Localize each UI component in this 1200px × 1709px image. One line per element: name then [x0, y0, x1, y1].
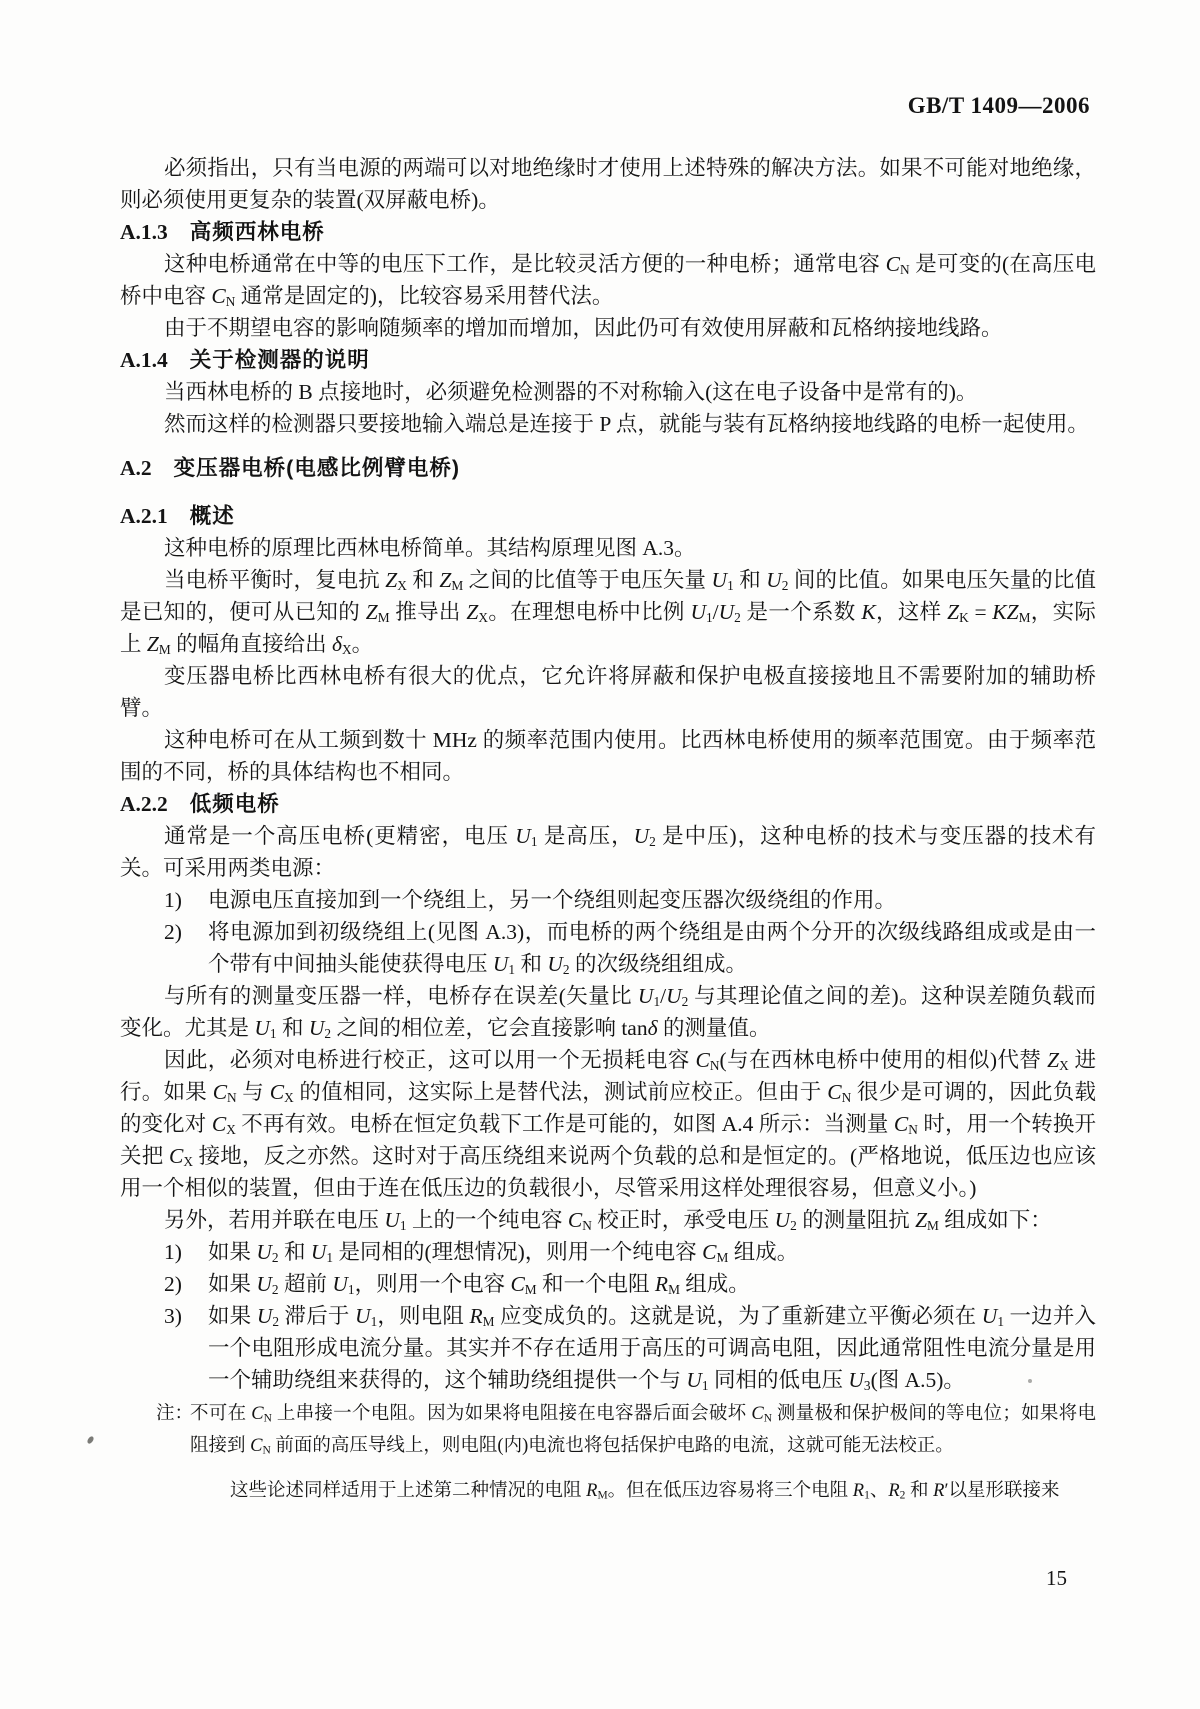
clause-title: 概述 [190, 504, 235, 528]
clause-title: 低频电桥 [190, 792, 280, 816]
list-item: 3)如果 U2 滞后于 U1，则电阻 RM 应变成负的。这就是说，为了重新建立平… [120, 1300, 1096, 1396]
list-item: 2)如果 U2 超前 U1，则用一个电容 CM 和一个电阻 RM 组成。 [120, 1268, 1096, 1300]
clause-number: A.2.1 [120, 504, 168, 528]
scan-speck [86, 1435, 95, 1444]
list-marker: 1) [164, 1236, 182, 1268]
clause-heading-a21: A.2.1概述 [120, 500, 1096, 532]
list-marker: 2) [164, 1268, 182, 1300]
paragraph: 这种电桥通常在中等的电压下工作，是比较灵活方便的一种电桥；通常电容 CN 是可变… [120, 248, 1096, 312]
page-number: 15 [1046, 1566, 1067, 1591]
standard-number: GB/T 1409—2006 [908, 93, 1090, 119]
paragraph: 由于不期望电容的影响随频率的增加而增加，因此仍可有效使用屏蔽和瓦格纳接地线路。 [120, 312, 1096, 344]
list-item-text: 电源电压直接加到一个绕组上，另一个绕组则起变压器次级绕组的作用。 [208, 888, 896, 912]
paragraph: 这种电桥的原理比西林电桥简单。其结构原理见图 A.3。 [120, 532, 1096, 564]
list-marker: 3) [164, 1300, 182, 1332]
list-item: 2)将电源加到初级绕组上(见图 A.3)，而电桥的两个绕组是由两个分开的次级线路… [120, 916, 1096, 980]
list-marker: 2) [164, 916, 182, 948]
note-marker: 注： [156, 1398, 193, 1430]
list-item-text: 如果 U2 滞后于 U1，则电阻 RM 应变成负的。这就是说，为了重新建立平衡必… [208, 1304, 1096, 1392]
paragraph: 这种电桥可在从工频到数十 MHz 的频率范围内使用。比西林电桥使用的频率范围宽。… [120, 724, 1096, 788]
note-continuation: 这些论述同样适用于上述第二种情况的电阻 RM。但在低压边容易将三个电阻 R1、R… [120, 1475, 1096, 1507]
clause-heading-a2: A.2变压器电桥(电感比例臂电桥) [120, 452, 1096, 484]
clause-title: 关于检测器的说明 [190, 348, 370, 372]
document-page: GB/T 1409—2006 必须指出，只有当电源的两端可以对地绝缘时才使用上述… [0, 0, 1200, 1709]
list-item-text: 如果 U2 和 U1 是同相的(理想情况)，则用一个纯电容 CM 组成。 [208, 1240, 798, 1264]
clause-heading-a14: A.1.4关于检测器的说明 [120, 344, 1096, 376]
list-item: 1)如果 U2 和 U1 是同相的(理想情况)，则用一个纯电容 CM 组成。 [120, 1236, 1096, 1268]
paragraph: 通常是一个高压电桥(更精密，电压 U1 是高压，U2 是中压)，这种电桥的技术与… [120, 820, 1096, 884]
clause-title: 高频西林电桥 [190, 220, 325, 244]
list-item-text: 将电源加到初级绕组上(见图 A.3)，而电桥的两个绕组是由两个分开的次级线路组成… [208, 920, 1096, 976]
paragraph: 变压器电桥比西林电桥有很大的优点，它允许将屏蔽和保护电极直接接地且不需要附加的辅… [120, 660, 1096, 724]
paragraph: 当西林电桥的 B 点接地时，必须避免检测器的不对称输入(这在电子设备中是常有的)… [120, 376, 1096, 408]
paragraph: 然而这样的检测器只要接地输入端总是连接于 P 点，就能与装有瓦格纳接地线路的电桥… [120, 408, 1096, 440]
clause-heading-a22: A.2.2低频电桥 [120, 788, 1096, 820]
note-text: 不可在 CN 上串接一个电阻。因为如果将电阻接在电容器后面会破坏 CN 测量极和… [190, 1404, 1096, 1456]
paragraph: 与所有的测量变压器一样，电桥存在误差(矢量比 U1/U2 与其理论值之间的差)。… [120, 980, 1096, 1044]
note: 注：不可在 CN 上串接一个电阻。因为如果将电阻接在电容器后面会破坏 CN 测量… [120, 1398, 1096, 1462]
paragraph: 必须指出，只有当电源的两端可以对地绝缘时才使用上述特殊的解决方法。如果不可能对地… [120, 152, 1096, 216]
scan-speck [1028, 1379, 1032, 1383]
list-item-text: 如果 U2 超前 U1，则用一个电容 CM 和一个电阻 RM 组成。 [208, 1272, 750, 1296]
clause-number: A.1.4 [120, 348, 168, 372]
clause-number: A.2 [120, 456, 152, 480]
paragraph: 另外，若用并联在电压 U1 上的一个纯电容 CN 校正时，承受电压 U2 的测量… [120, 1204, 1096, 1236]
document-body: 必须指出，只有当电源的两端可以对地绝缘时才使用上述特殊的解决方法。如果不可能对地… [120, 152, 1096, 1507]
paragraph: 当电桥平衡时，复电抗 ZX 和 ZM 之间的比值等于电压矢量 U1 和 U2 间… [120, 564, 1096, 660]
list-item: 1)电源电压直接加到一个绕组上，另一个绕组则起变压器次级绕组的作用。 [120, 884, 1096, 916]
list-marker: 1) [164, 884, 182, 916]
paragraph: 因此，必须对电桥进行校正，这可以用一个无损耗电容 CN(与在西林电桥中使用的相似… [120, 1044, 1096, 1204]
clause-title: 变压器电桥(电感比例臂电桥) [174, 456, 460, 480]
clause-heading-a13: A.1.3高频西林电桥 [120, 216, 1096, 248]
clause-number: A.1.3 [120, 220, 168, 244]
clause-number: A.2.2 [120, 792, 168, 816]
